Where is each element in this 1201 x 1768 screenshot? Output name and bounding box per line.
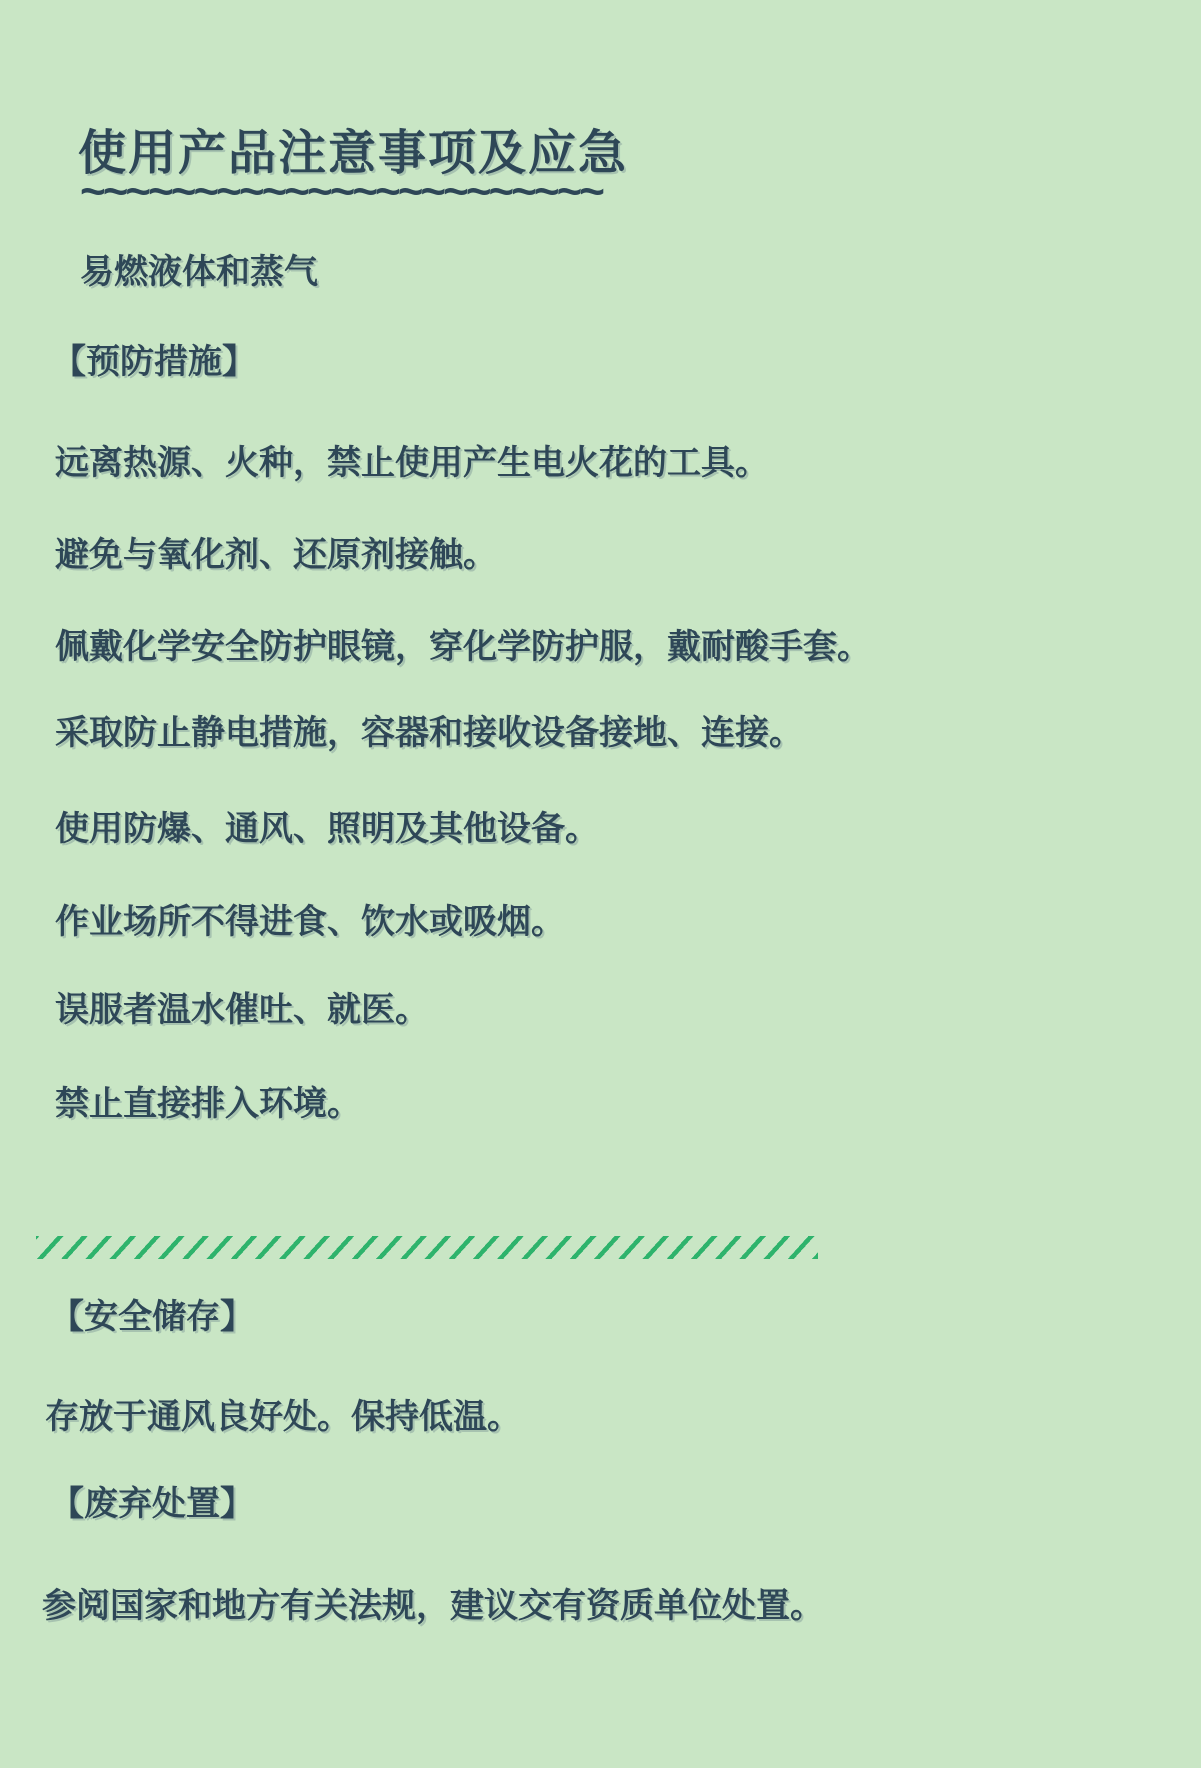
- storage-item: 存放于通风良好处。保持低温。: [45, 1400, 521, 1434]
- storage-section-heading: 【安全储存】: [50, 1300, 254, 1334]
- prevention-item: 佩戴化学安全防护眼镜，穿化学防护服，戴耐酸手套。: [55, 630, 871, 664]
- disposal-item: 参阅国家和地方有关法规，建议交有资质单位处置。: [42, 1589, 824, 1623]
- prevention-section-heading: 【预防措施】: [52, 345, 256, 379]
- prevention-item: 避免与氧化剂、还原剂接触。: [55, 538, 497, 572]
- prevention-item: 误服者温水催吐、就医。: [55, 993, 429, 1027]
- title-wavy-underline: ~~~~~~~~~~~~~~~~~~~~~~~: [80, 170, 602, 214]
- prevention-item: 作业场所不得进食、饮水或吸烟。: [55, 905, 565, 939]
- prevention-item: 禁止直接排入环境。: [55, 1087, 361, 1121]
- diagonal-slash-divider: [36, 1236, 818, 1259]
- prevention-item: 采取防止静电措施，容器和接收设备接地、连接。: [55, 716, 803, 750]
- prevention-item: 远离热源、火种，禁止使用产生电火花的工具。: [55, 446, 769, 480]
- disposal-section-heading: 【废弃处置】: [50, 1487, 254, 1521]
- hazard-subtitle: 易燃液体和蒸气: [80, 255, 318, 289]
- document-page: 使用产品注意事项及应急 ~~~~~~~~~~~~~~~~~~~~~~~ 易燃液体…: [0, 0, 1201, 1768]
- prevention-item: 使用防爆、通风、照明及其他设备。: [55, 812, 599, 846]
